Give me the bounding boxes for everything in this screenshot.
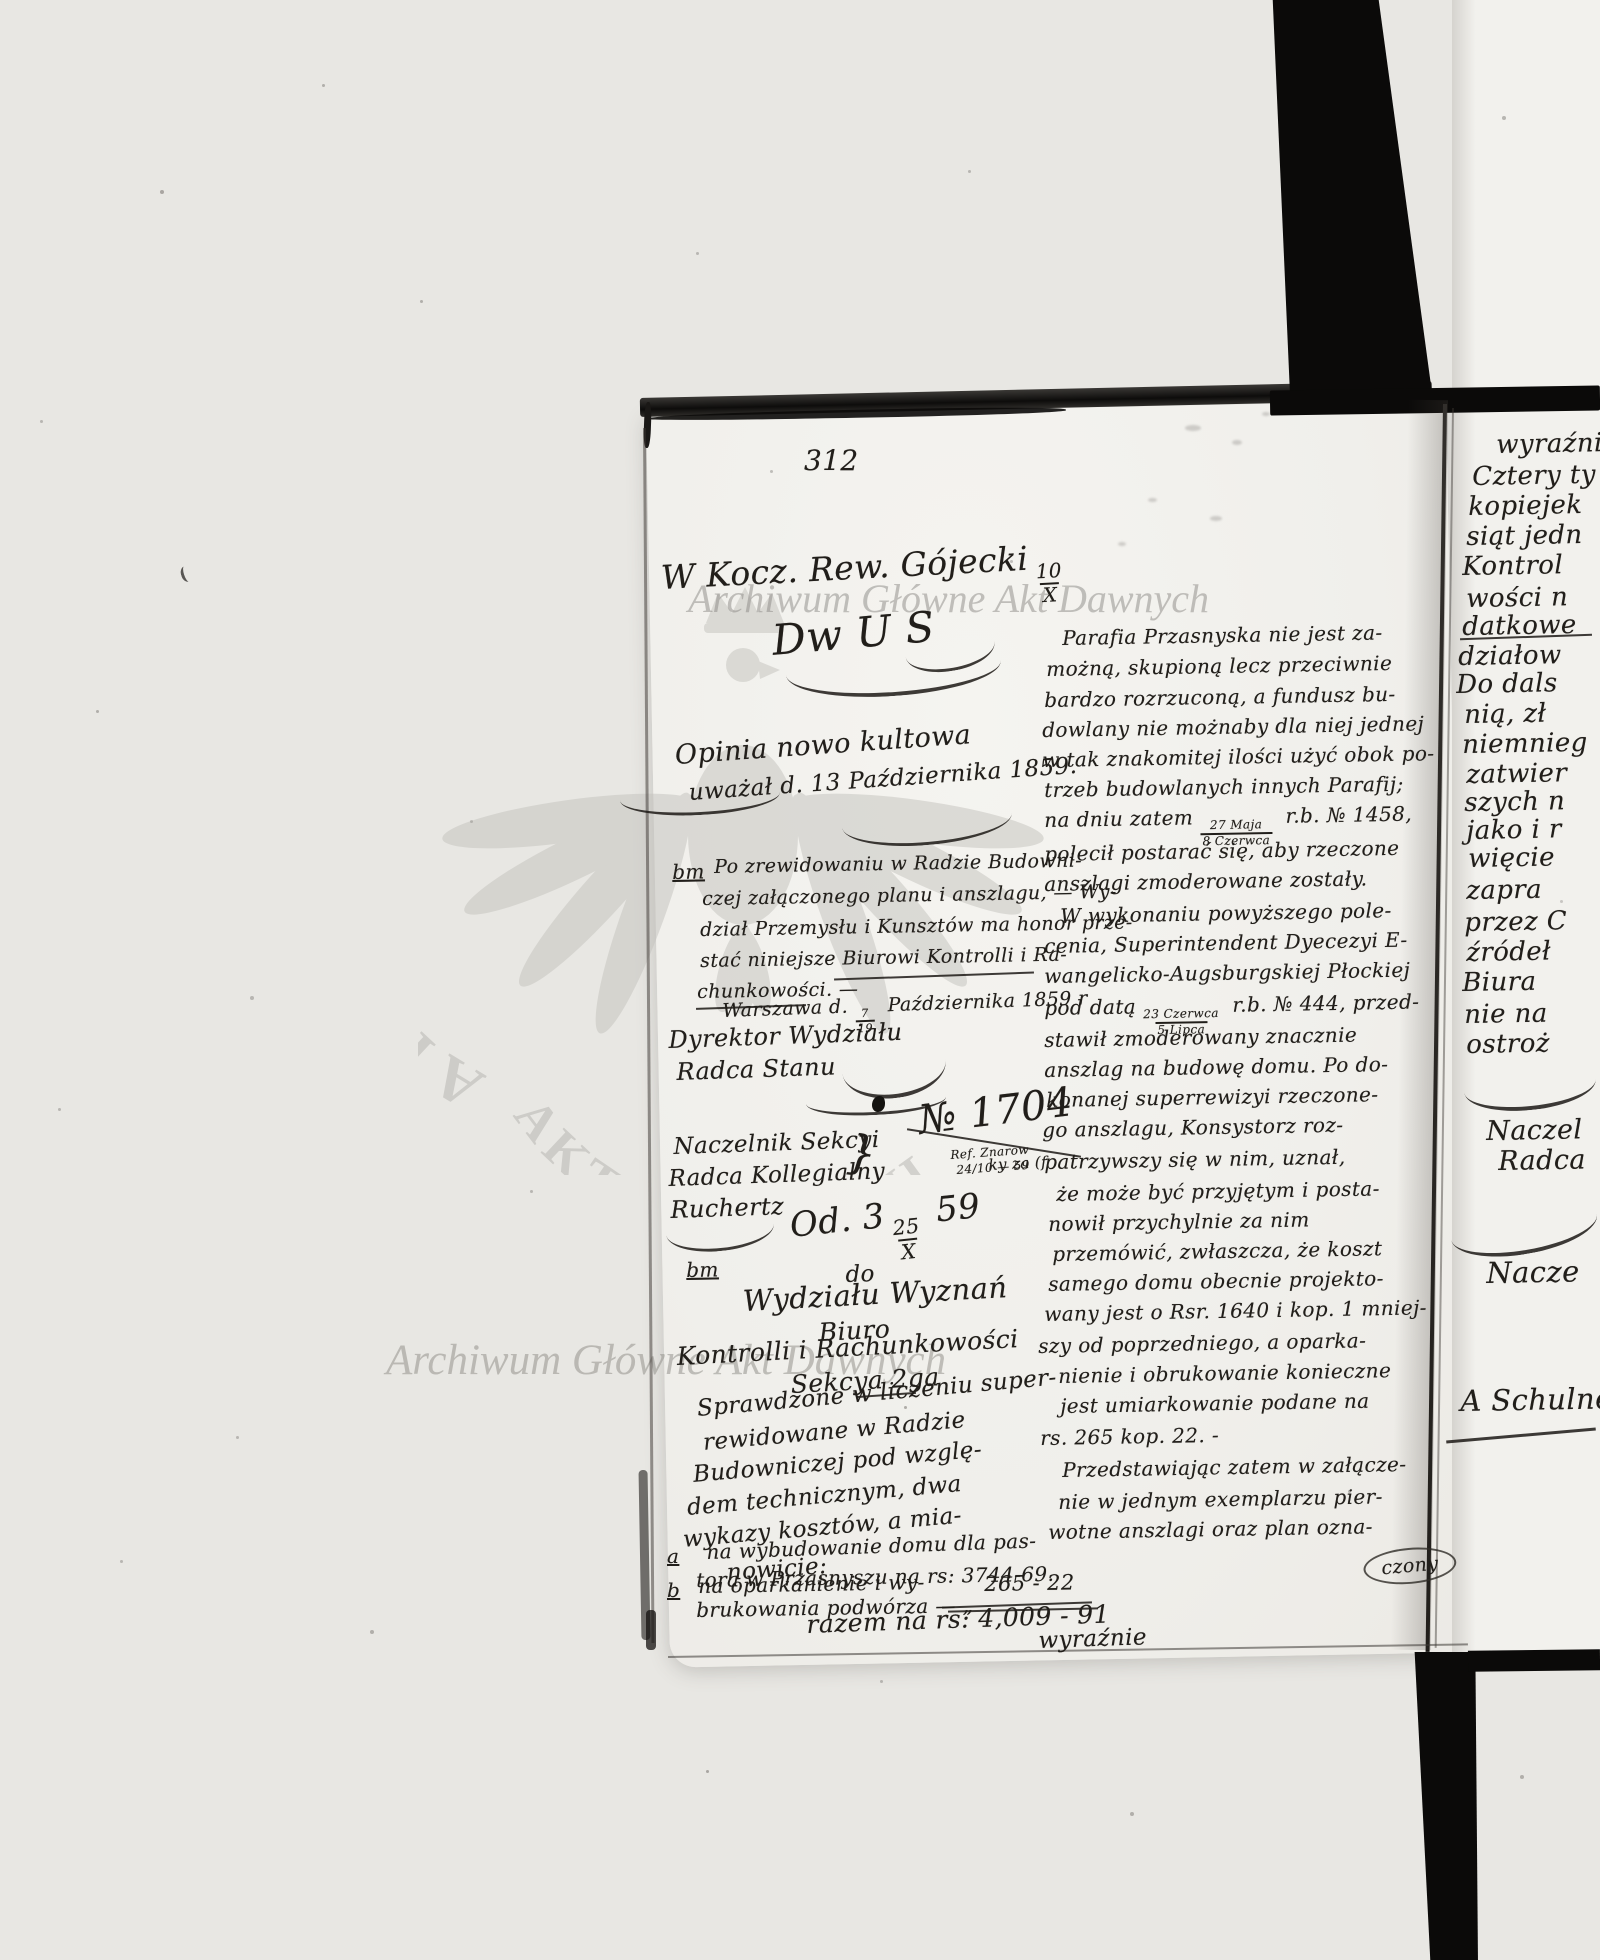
film-edge-bar-top bbox=[1262, 0, 1438, 398]
ink-smudge bbox=[1210, 516, 1222, 521]
manuscript-line: działow bbox=[1458, 640, 1562, 672]
ink-smudge bbox=[1148, 498, 1157, 502]
microfilm-scan: ARCHIWUM AKT DAWNYCH Archiwum Główne Akt… bbox=[0, 0, 1600, 1960]
manuscript-line: Radca Stanu bbox=[676, 1052, 836, 1086]
manuscript-line: zapra bbox=[1466, 875, 1542, 906]
dust-speck bbox=[40, 420, 43, 423]
dust-speck bbox=[420, 300, 423, 303]
manuscript-line: przez C bbox=[1464, 906, 1567, 938]
manuscript-line: niemnieg bbox=[1462, 728, 1588, 760]
manuscript-line: siąt jedn bbox=[1466, 520, 1583, 552]
ink-smudge bbox=[1118, 542, 1126, 546]
dust-speck bbox=[1502, 116, 1506, 120]
dust-speck bbox=[904, 1406, 907, 1409]
manuscript-line: Ruchertz bbox=[670, 1192, 785, 1224]
dust-speck bbox=[696, 252, 699, 255]
manuscript-line: Nacze bbox=[1486, 1254, 1580, 1290]
manuscript-line: Kontrol bbox=[1462, 550, 1563, 582]
manuscript-line: źródeł bbox=[1466, 937, 1551, 968]
dust-speck bbox=[1520, 1775, 1524, 1779]
manuscript-line: szych n bbox=[1464, 786, 1565, 818]
dust-speck bbox=[1010, 560, 1013, 563]
ink-smudge bbox=[1232, 440, 1242, 445]
date-fraction: 10X bbox=[1035, 560, 1063, 607]
manuscript-line: 265 - 22 bbox=[984, 1570, 1075, 1596]
dust-speck bbox=[968, 170, 971, 173]
page-crease-blot bbox=[646, 1610, 656, 1650]
manuscript-line: jako i r bbox=[1466, 814, 1562, 846]
manuscript-line: rs. 265 kop. 22. - bbox=[1040, 1423, 1219, 1450]
ink-smudge bbox=[1185, 425, 1201, 431]
manuscript-line: b bbox=[667, 1578, 680, 1602]
manuscript-line: bm bbox=[672, 859, 705, 884]
background-mark bbox=[179, 565, 194, 584]
manuscript-line: wyraźnie bbox=[1496, 428, 1600, 460]
dust-speck bbox=[1348, 1490, 1351, 1493]
dust-speck bbox=[530, 1190, 533, 1193]
ink-smudge bbox=[1262, 412, 1270, 416]
manuscript-line: A Schulneg bbox=[1460, 1381, 1600, 1418]
manuscript-line: nie na bbox=[1464, 999, 1548, 1030]
film-edge-bar-bottom bbox=[1412, 1652, 1478, 1960]
manuscript-line: Naczel bbox=[1486, 1114, 1583, 1147]
dust-speck bbox=[58, 1108, 61, 1111]
manuscript-line: kopiejek bbox=[1468, 490, 1583, 522]
manuscript-line: datkowe bbox=[1462, 610, 1577, 642]
dust-speck bbox=[706, 1770, 709, 1773]
manuscript-line: Radca bbox=[1498, 1144, 1586, 1177]
manuscript-line: ky za (f bbox=[988, 1153, 1047, 1174]
manuscript-line: więcie bbox=[1468, 842, 1555, 874]
film-edge-band-bottom bbox=[1468, 1649, 1600, 1671]
dust-speck bbox=[120, 1560, 123, 1563]
dust-speck bbox=[370, 1630, 374, 1634]
dust-speck bbox=[770, 470, 773, 473]
manuscript-line: bm bbox=[686, 1257, 719, 1282]
manuscript-line: ostroż bbox=[1466, 1029, 1550, 1060]
dust-speck bbox=[96, 710, 99, 713]
svg-text:ARCHIWUM: ARCHIWUM bbox=[418, 640, 495, 1122]
dust-speck bbox=[880, 1680, 883, 1683]
dust-speck bbox=[160, 190, 164, 194]
manuscript-line: Do dals bbox=[1456, 668, 1558, 700]
manuscript-line: 312 bbox=[804, 444, 859, 477]
manuscript-line: wyraźnie bbox=[1038, 1624, 1147, 1654]
dust-speck bbox=[470, 820, 473, 823]
manuscript-line: zatwier bbox=[1466, 758, 1567, 790]
date-fraction: 25X bbox=[892, 1215, 924, 1264]
emblem-arc-text-top: ARCHIWUM bbox=[418, 640, 495, 1122]
manuscript-line: Cztery ty bbox=[1472, 460, 1596, 492]
manuscript-line: nią, zł bbox=[1464, 699, 1547, 730]
manuscript-line: } bbox=[844, 1124, 879, 1181]
manuscript-line: Biura bbox=[1462, 967, 1537, 998]
dust-speck bbox=[322, 84, 325, 87]
dust-speck bbox=[1130, 1812, 1134, 1816]
dust-speck bbox=[250, 996, 254, 1000]
manuscript-line: a bbox=[667, 1544, 679, 1568]
manuscript-line: wości n bbox=[1466, 582, 1568, 614]
dust-speck bbox=[236, 1436, 239, 1439]
dust-speck bbox=[1560, 900, 1563, 903]
manuscript-line: nowił przychylnie za nim bbox=[1048, 1207, 1310, 1236]
